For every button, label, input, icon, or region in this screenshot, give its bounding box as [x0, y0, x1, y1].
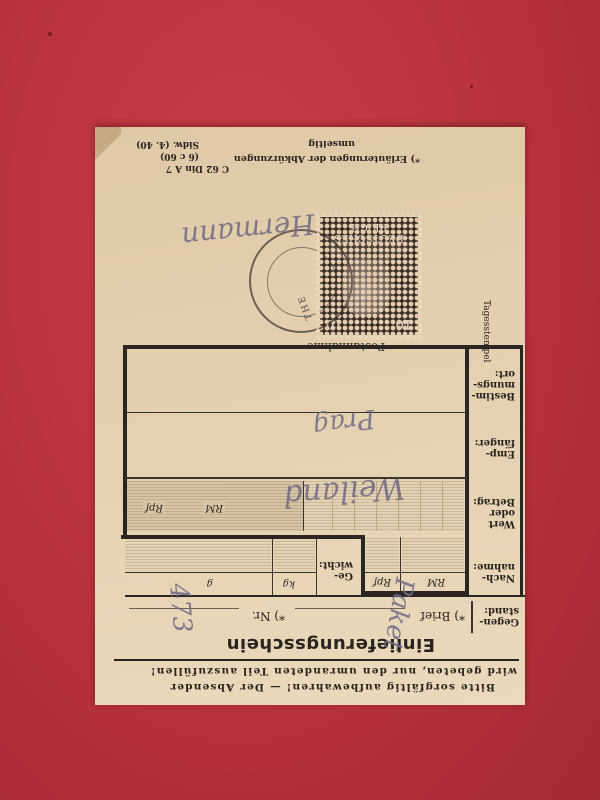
divider [272, 537, 273, 595]
footnote-abbreviations: *) Erläuterungen der Abkürzungen [234, 153, 420, 164]
unit-kg: kg [281, 578, 297, 589]
label-nr: *) Nr. [252, 610, 285, 621]
divider [114, 659, 519, 661]
currency-rm: RM [203, 502, 225, 513]
currency-rpf: Rpf [143, 502, 165, 513]
form-code-1: C 62 Din A 7 [166, 163, 229, 173]
nachnahme-rm-field[interactable] [402, 538, 464, 571]
divider [465, 537, 469, 595]
label-gewicht: Ge- wicht: [319, 559, 353, 581]
background-speck [470, 85, 473, 88]
label-wert-betrag: Wert oder Betrag: [473, 496, 515, 529]
umseitig-label: umseitig [308, 138, 355, 149]
empfaenger-field[interactable] [129, 415, 463, 475]
stamp-portrait-icon [342, 255, 392, 317]
currency-rm: RM [425, 576, 447, 587]
divider [125, 572, 316, 573]
postannahme-label: Postannahme [307, 340, 385, 353]
label-brief: *) Brief [421, 610, 465, 621]
label-bestimmungsort: Bestim- mungs- ort: [471, 368, 515, 401]
background-speck [48, 32, 52, 36]
label-nachnahme: Nach- nahme: [473, 561, 515, 583]
instruction-line-1: Bitte sorgfältig aufbewahren! — Der Abse… [85, 681, 495, 693]
divider [316, 537, 317, 595]
divider [420, 481, 421, 531]
handwritten-nr: 473 [163, 582, 197, 634]
gewicht-kg-field[interactable] [274, 538, 315, 571]
divider [465, 345, 469, 539]
einlieferungsschein-sheet: Bitte sorgfältig aufbewahren! — Der Abse… [95, 127, 525, 705]
form-code-3: Sidw. (4. 40) [136, 139, 199, 149]
gewicht-g-field[interactable] [125, 538, 271, 571]
tagesstempel-label: Tagesstempel [481, 300, 491, 362]
frame-left [520, 347, 523, 595]
stamp-value-left: 10 [395, 316, 412, 331]
unit-g: g [205, 578, 215, 589]
divider [471, 601, 473, 633]
nachnahme-rpf-field[interactable] [366, 538, 399, 571]
divider [361, 537, 365, 595]
divider [125, 412, 467, 413]
stamp-value-right: 10 [326, 316, 343, 331]
divider [365, 572, 465, 573]
stamp-country: DEUTSCHES REICH [320, 221, 418, 243]
divider [442, 481, 443, 531]
form-code-2: (6 c 60) [160, 151, 199, 161]
divider [121, 535, 365, 539]
label-gegenstand: Gegen- stand: [479, 605, 519, 627]
bestimmungsort-field[interactable] [129, 351, 463, 409]
label-empfaenger: Emp- fänger: [475, 437, 515, 459]
postage-stamp: 10 10 DEUTSCHES REICH [315, 212, 423, 340]
instruction-line-2: wird gebeten, nur den umrandeten Teil au… [107, 665, 517, 677]
